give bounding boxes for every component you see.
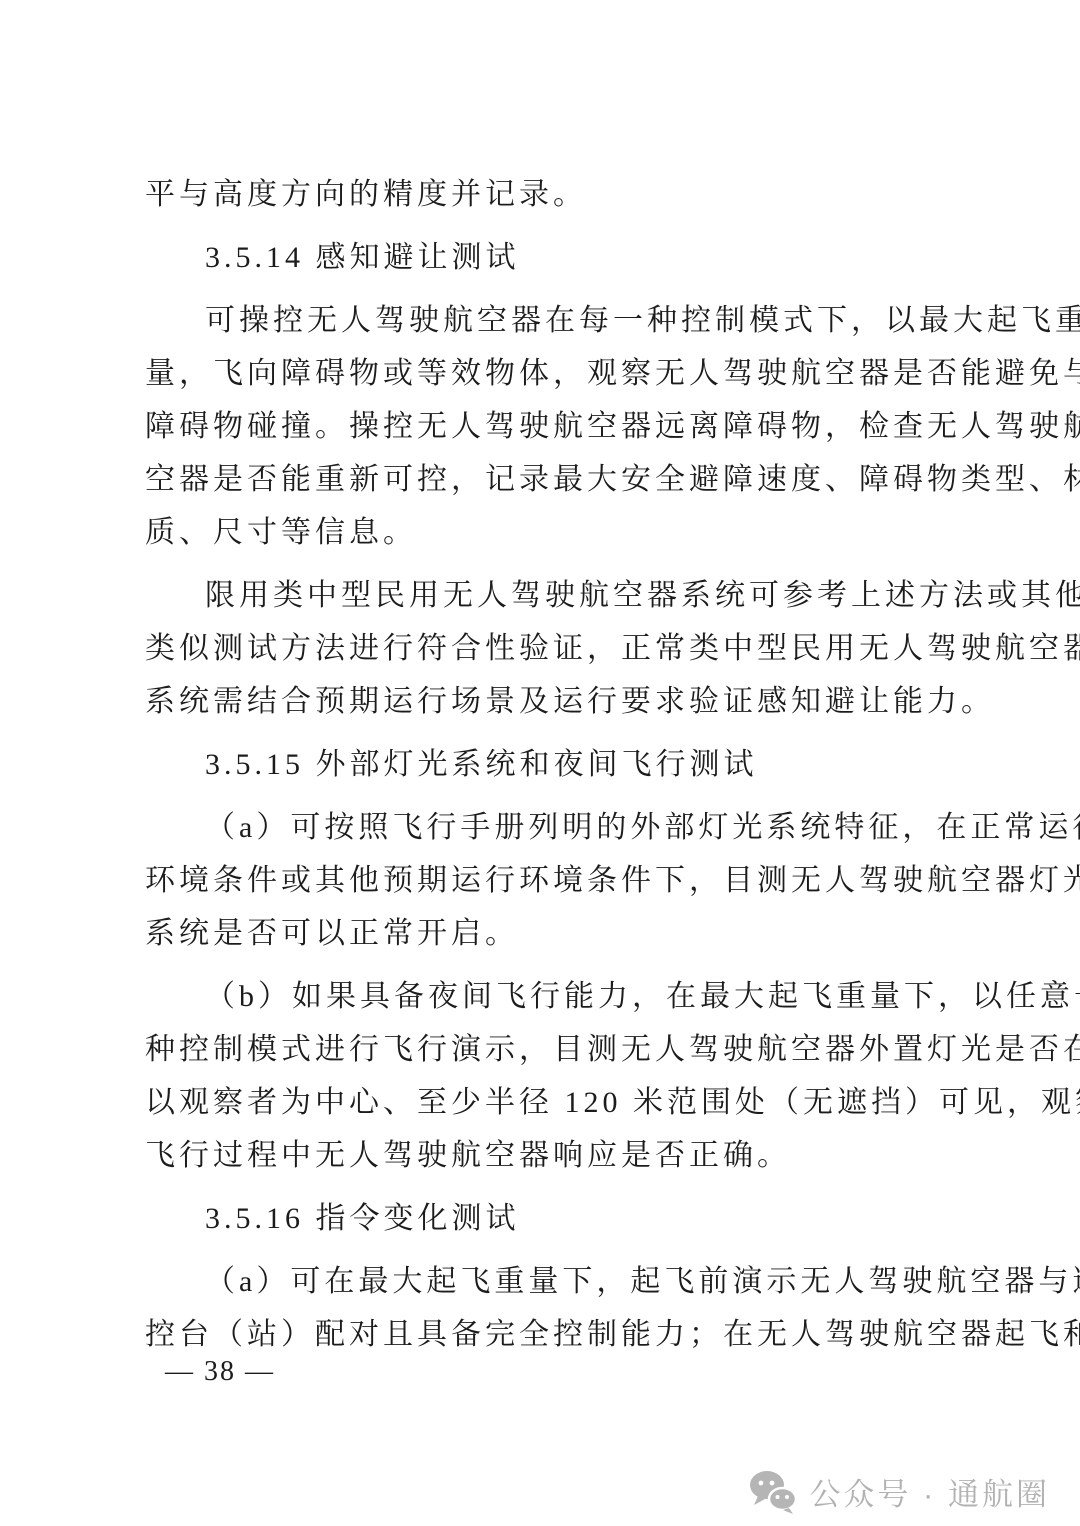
document-line: 可操控无人驾驶航空器在每一种控制模式下，以最大起飞重 [145, 294, 945, 347]
document-line: （b）如果具备夜间飞行能力，在最大起飞重量下，以任意一 [145, 970, 945, 1023]
document-line: 平与高度方向的精度并记录。 [145, 168, 945, 221]
page-number: — 38 — [165, 1352, 275, 1392]
section-heading-3-5-14: 3.5.14 感知避让测试 [145, 231, 945, 284]
paragraph: （b）如果具备夜间飞行能力，在最大起飞重量下，以任意一 种控制模式进行飞行演示，… [145, 970, 945, 1182]
paragraph: 可操控无人驾驶航空器在每一种控制模式下，以最大起飞重 量，飞向障碍物或等效物体，… [145, 294, 945, 559]
document-body: 平与高度方向的精度并记录。 3.5.14 感知避让测试 可操控无人驾驶航空器在每… [145, 168, 945, 1371]
document-line: 以观察者为中心、至少半径 120 米范围处（无遮挡）可见，观察 [145, 1076, 945, 1129]
document-line: （a）可在最大起飞重量下，起飞前演示无人驾驶航空器与遥 [145, 1255, 945, 1308]
document-line: 飞行过程中无人驾驶航空器响应是否正确。 [145, 1129, 945, 1182]
document-line: 空器是否能重新可控，记录最大安全避障速度、障碍物类型、材 [145, 453, 945, 506]
section-heading-line: 3.5.16 指令变化测试 [145, 1192, 945, 1245]
section-heading-3-5-15: 3.5.15 外部灯光系统和夜间飞行测试 [145, 738, 945, 791]
document-line: 类似测试方法进行符合性验证，正常类中型民用无人驾驶航空器 [145, 622, 945, 675]
document-line: （a）可按照飞行手册列明的外部灯光系统特征，在正常运行 [145, 801, 945, 854]
paragraph: （a）可在最大起飞重量下，起飞前演示无人驾驶航空器与遥 控台（站）配对且具备完全… [145, 1255, 945, 1361]
section-heading-line: 3.5.14 感知避让测试 [145, 231, 945, 284]
document-line: 质、尺寸等信息。 [145, 506, 945, 559]
wechat-icon [749, 1470, 797, 1514]
paragraph: 限用类中型民用无人驾驶航空器系统可参考上述方法或其他 类似测试方法进行符合性验证… [145, 569, 945, 728]
document-page: 平与高度方向的精度并记录。 3.5.14 感知避让测试 可操控无人驾驶航空器在每… [0, 0, 1080, 1526]
document-line: 环境条件或其他预期运行环境条件下，目测无人驾驶航空器灯光 [145, 854, 945, 907]
document-line: 量，飞向障碍物或等效物体，观察无人驾驶航空器是否能避免与 [145, 347, 945, 400]
watermark-label: 公众号 · 通航圈 [809, 1469, 1050, 1514]
section-heading-line: 3.5.15 外部灯光系统和夜间飞行测试 [145, 738, 945, 791]
document-line: 障碍物碰撞。操控无人驾驶航空器远离障碍物，检查无人驾驶航 [145, 400, 945, 453]
paragraph: （a）可按照飞行手册列明的外部灯光系统特征，在正常运行 环境条件或其他预期运行环… [145, 801, 945, 960]
section-heading-3-5-16: 3.5.16 指令变化测试 [145, 1192, 945, 1245]
document-line: 系统是否可以正常开启。 [145, 907, 945, 960]
document-line: 限用类中型民用无人驾驶航空器系统可参考上述方法或其他 [145, 569, 945, 622]
paragraph-continuation: 平与高度方向的精度并记录。 [145, 168, 945, 221]
document-line: 系统需结合预期运行场景及运行要求验证感知避让能力。 [145, 675, 945, 728]
watermark: 公众号 · 通航圈 [749, 1469, 1050, 1514]
document-line: 种控制模式进行飞行演示，目测无人驾驶航空器外置灯光是否在 [145, 1023, 945, 1076]
